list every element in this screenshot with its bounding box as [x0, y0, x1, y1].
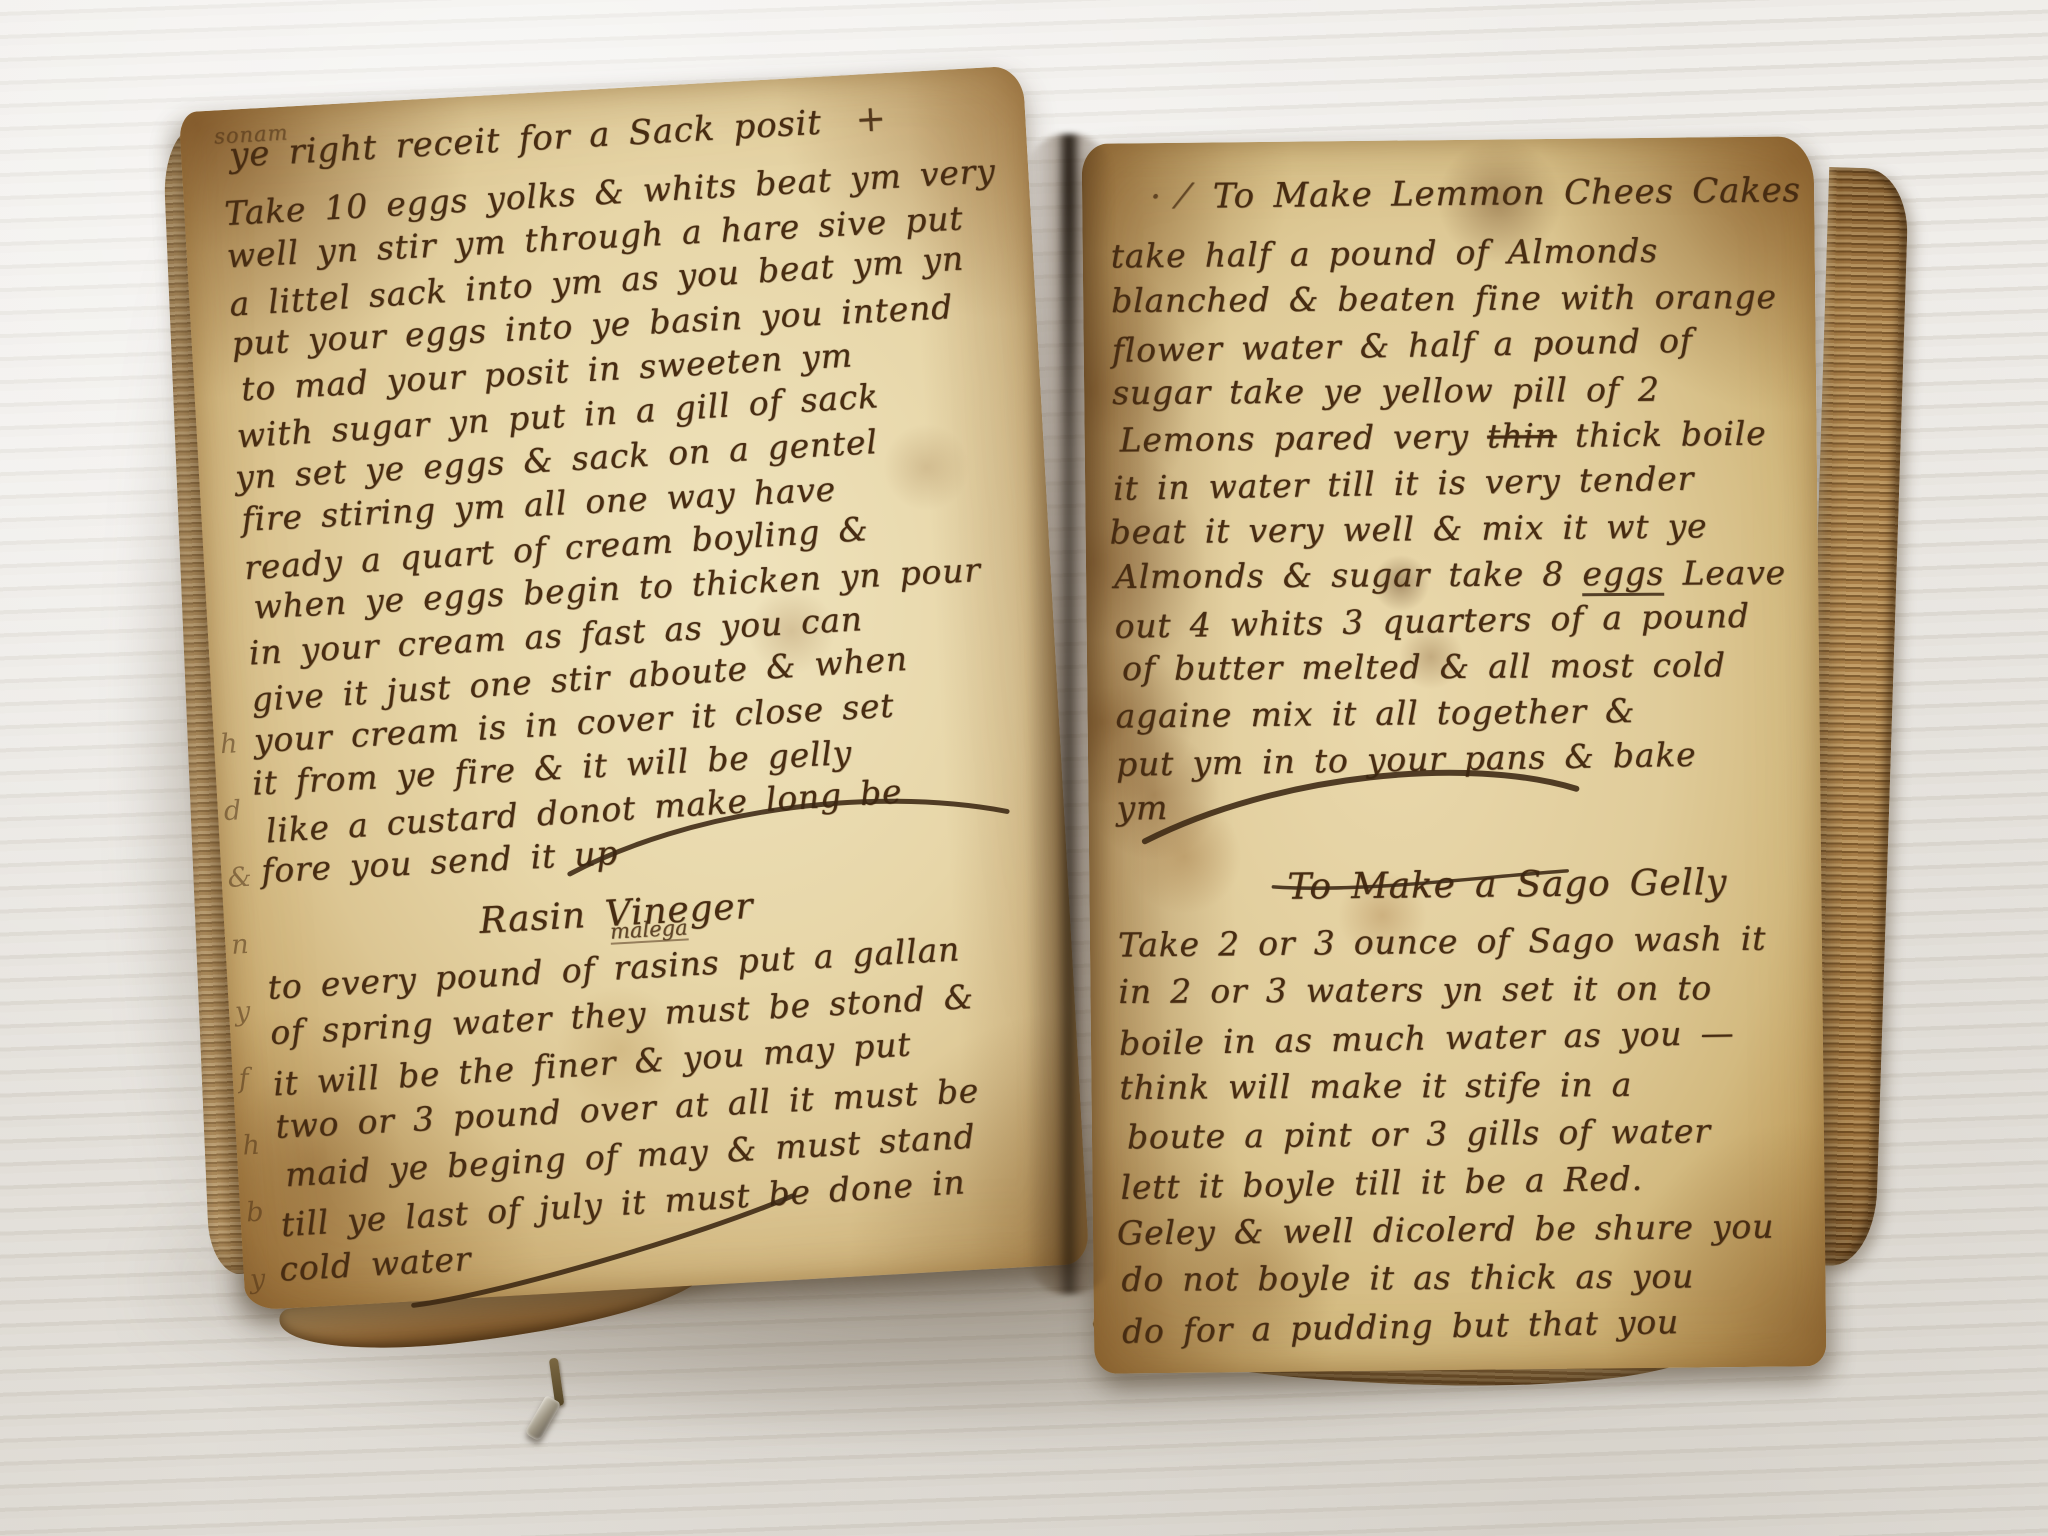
line-fragment: thick boile	[1556, 414, 1766, 455]
line-fragment: Leave	[1664, 553, 1786, 593]
left-page-text: sonam h d & n y f h b y ye right receit …	[220, 89, 1060, 1289]
handwritten-line: ym	[1116, 778, 1790, 831]
book-spine-shadow	[1026, 134, 1112, 1294]
handwritten-line: in 2 or 3 waters yn set it on to	[1118, 964, 1792, 1016]
margin-mark: n	[230, 929, 256, 961]
recipe-title-sago-jelly: To Make a Sago Gelly	[1287, 858, 1791, 911]
title-dot-mark: · ⁄	[1150, 171, 1187, 223]
line-fragment: Lemons pared very	[1119, 417, 1487, 460]
left-page: sonam h d & n y f h b y ye right receit …	[179, 65, 1090, 1310]
handwritten-line: beat it very well & mix it wt ye	[1109, 502, 1787, 555]
raisin-vinegar-body: malega to every pound of rasins put a ga…	[266, 921, 1060, 1293]
margin-mark: h	[242, 1129, 268, 1161]
recipe-title-text: To Make a Sago Gelly	[1287, 862, 1727, 908]
handwritten-line: out 4 whits 3 quarters of a pound	[1114, 592, 1789, 650]
handwritten-line: blanched & beaten fine with orange	[1111, 274, 1785, 324]
right-page: · ⁄ To Make Lemmon Chees Cakes take half…	[1082, 136, 1827, 1374]
recipe-title-lemon-cheesecakes: · ⁄ To Make Lemmon Chees Cakes	[1150, 165, 1785, 224]
handwritten-line: do not boyle it as thick as you	[1121, 1252, 1795, 1304]
title-cross-mark: +	[854, 95, 888, 145]
handwritten-line: flower water & half a pound of	[1111, 316, 1786, 374]
handwritten-line: do for a pudding but that you	[1122, 1296, 1797, 1356]
clasp-metal-tip	[524, 1395, 561, 1442]
margin-mark: d	[223, 795, 249, 827]
margin-mark: y	[234, 996, 260, 1028]
recipe-title-text: To Make Lemmon Chees Cakes	[1213, 164, 1801, 222]
underlined-word: eggs	[1582, 554, 1664, 596]
struck-word: thin	[1487, 416, 1557, 456]
lemon-cheesecakes-body: take half a pound of Almonds blanched & …	[1111, 227, 1791, 832]
handwritten-line: boile in as much water as you —	[1119, 1008, 1794, 1068]
manuscript-photo: sonam h d & n y f h b y ye right receit …	[0, 0, 2048, 1536]
right-page-text: · ⁄ To Make Lemmon Chees Cakes take half…	[1110, 165, 1796, 1354]
book-tie-clasp	[513, 1353, 598, 1463]
handwritten-line: Almonds & sugar take 8 eggs Leave	[1114, 550, 1788, 600]
sago-jelly-body: Take 2 or 3 ounce of Sago wash it in 2 o…	[1118, 914, 1796, 1353]
margin-mark: h	[219, 728, 245, 760]
margin-mark: &	[227, 862, 253, 894]
interlinear-note: malega	[610, 916, 689, 944]
handwritten-line: take half a pound of Almonds	[1111, 227, 1785, 280]
margin-mark: f	[238, 1062, 264, 1094]
handwritten-line: of butter melted & all most cold	[1122, 642, 1789, 692]
margin-mark: b	[245, 1196, 271, 1228]
sack-posset-body: Take 10 eggs yolks & whits beat ym very …	[223, 149, 1038, 895]
margin-mark: y	[249, 1263, 275, 1295]
handwritten-line: think will make it stife in a	[1119, 1060, 1793, 1112]
handwritten-line: Geley & well dicolerd be shure you	[1117, 1202, 1795, 1257]
handwritten-line: Take 2 or 3 ounce of Sago wash it	[1118, 914, 1792, 969]
corner-note: sonam	[213, 120, 289, 148]
line-fragment: Almonds & sugar take 8	[1114, 554, 1583, 596]
handwritten-line: sugar take ye yellow pill of 2	[1112, 366, 1786, 416]
